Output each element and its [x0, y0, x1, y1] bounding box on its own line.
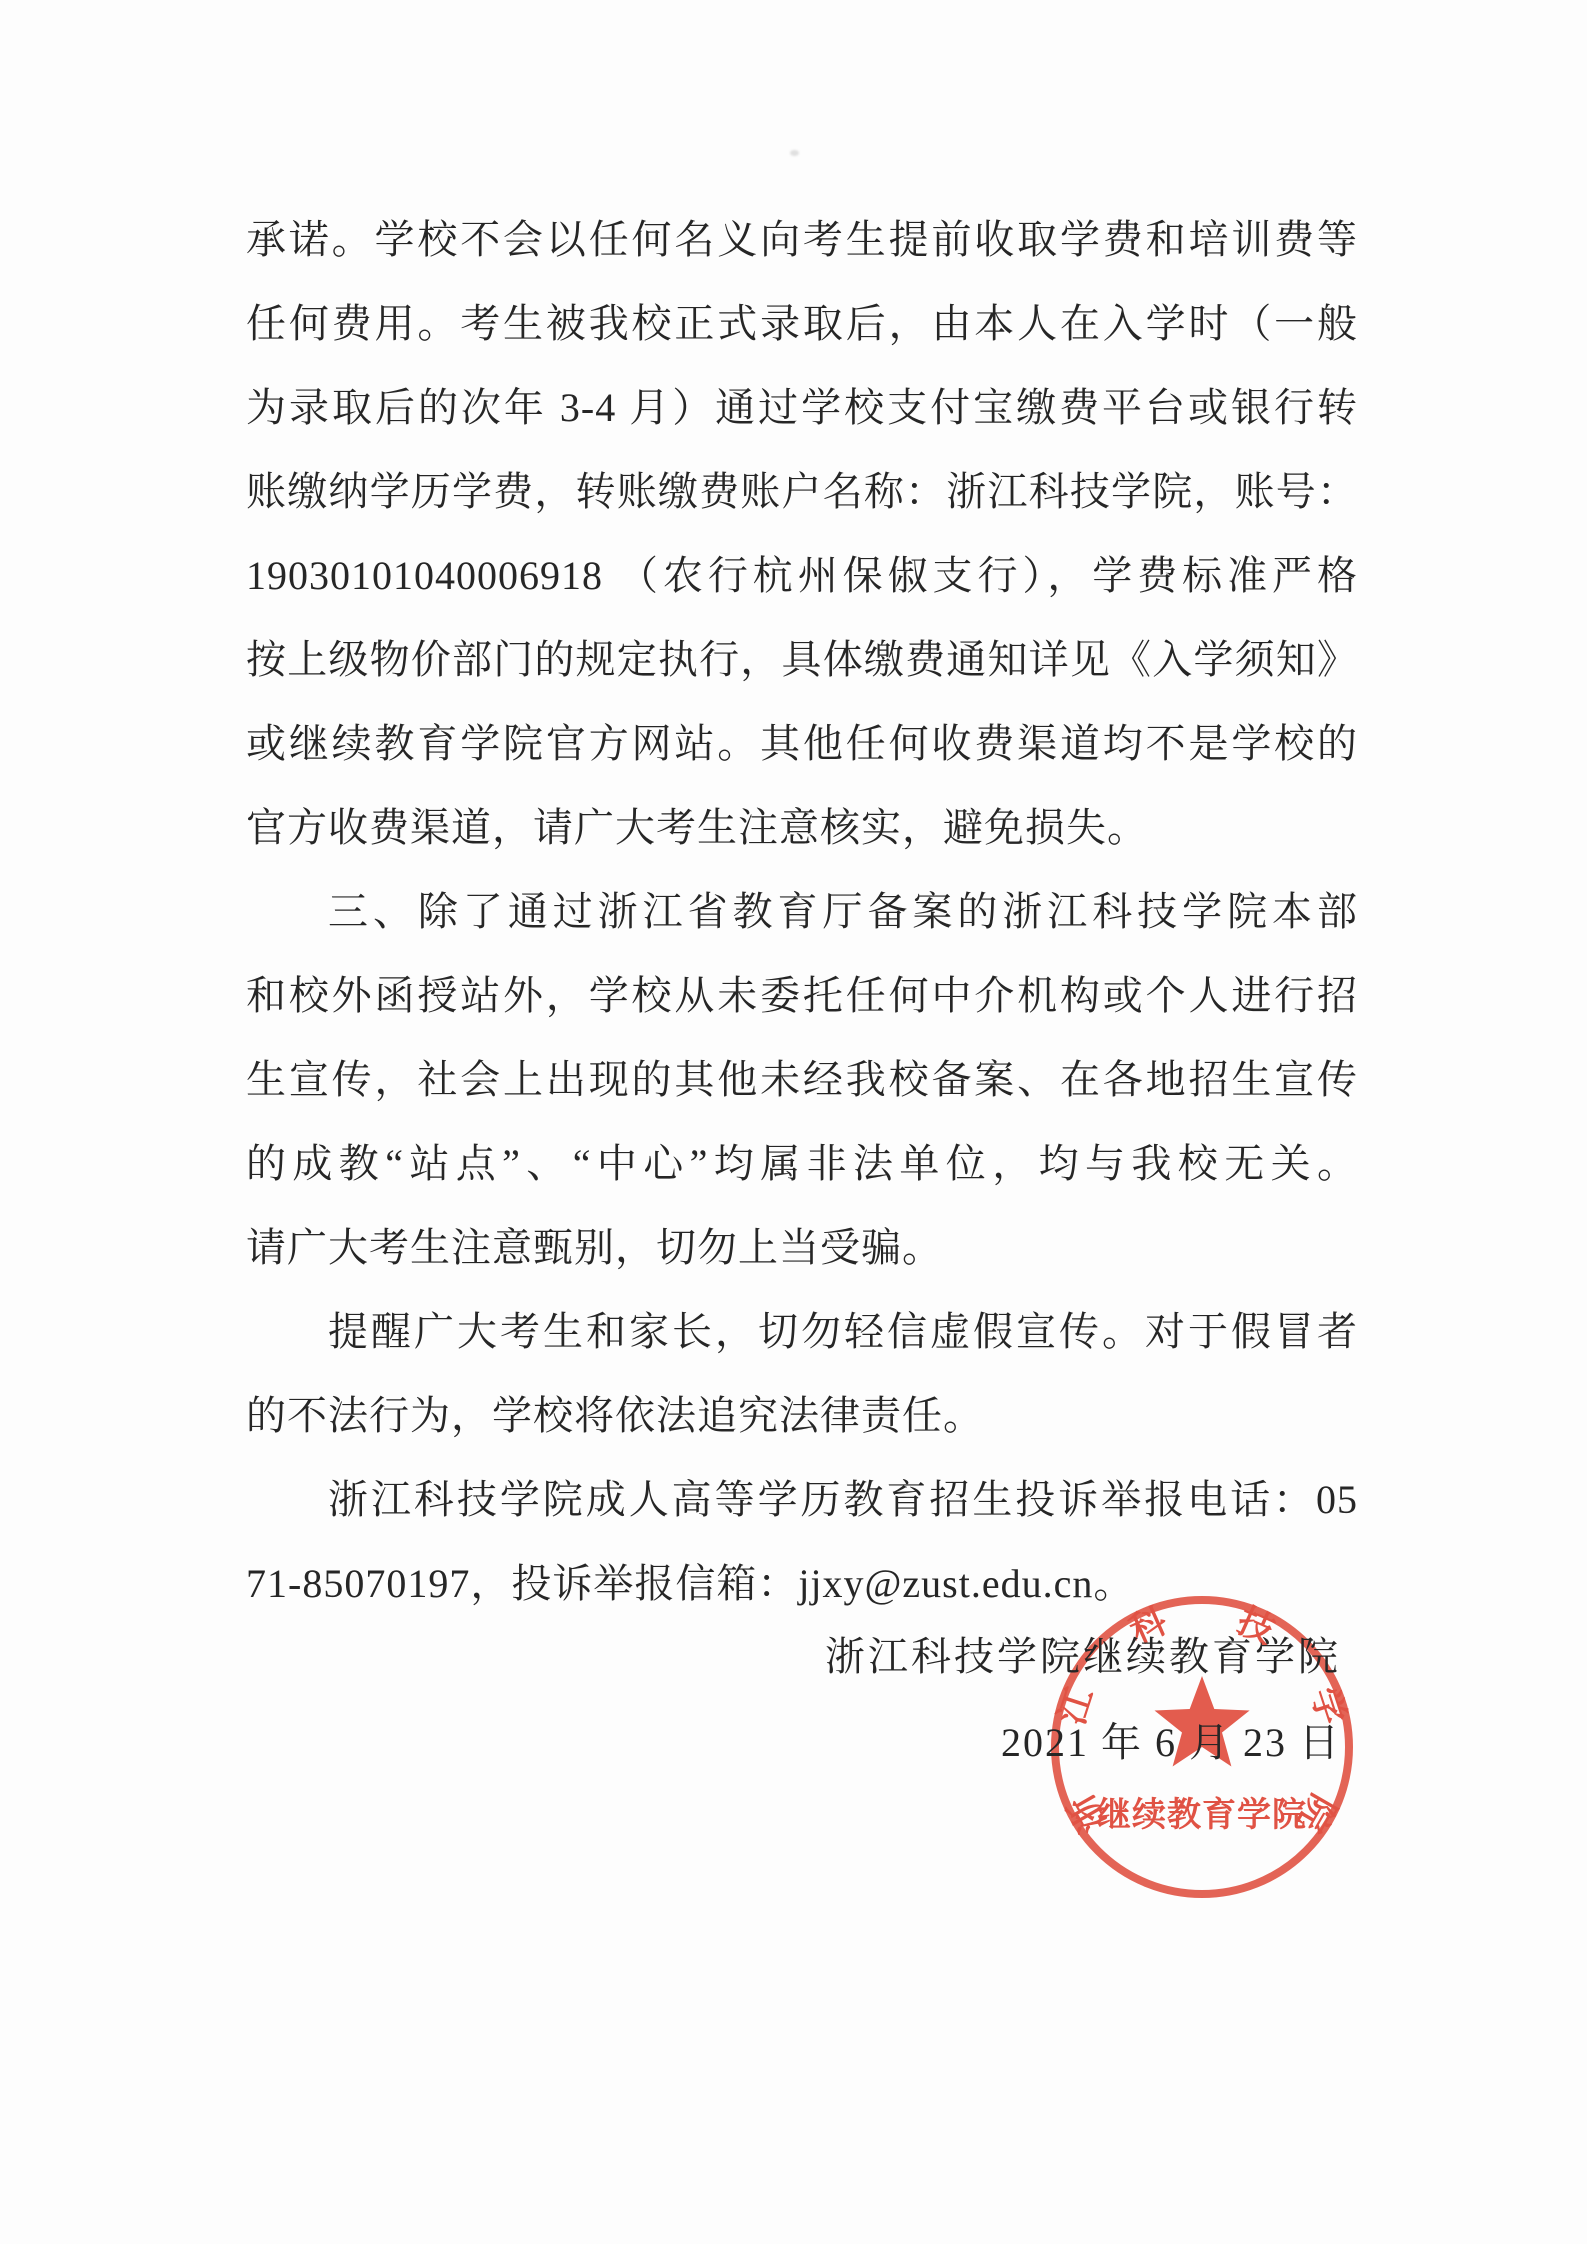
document-line: 官方收费渠道，请广大考生注意核实，避免损失。 [246, 786, 1358, 870]
document-line: 的不法行为，学校将依法追究法律责任。 [246, 1374, 1358, 1458]
document-line: 19030101040006918 （农行杭州保俶支行），学费标准严格 [246, 534, 1358, 618]
document-line: 请广大考生注意甄别，切勿上当受骗。 [246, 1206, 1358, 1290]
body-text: 承诺。学校不会以任何名义向考生提前收取学费和培训费等 任何费用。考生被我校正式录… [246, 198, 1358, 1626]
seal-bottom-text: 继续教育学院 [1097, 1795, 1307, 1834]
signature-date: 2021 年 6 月 23 日 [1001, 1721, 1341, 1765]
document-line: 浙江科技学院成人高等学历教育招生投诉举报电话：05 [246, 1458, 1358, 1542]
document-line: 生宣传，社会上出现的其他未经我校备案、在各地招生宣传 [246, 1038, 1358, 1122]
document-line: 为录取后的次年 3-4 月）通过学校支付宝缴费平台或银行转 [246, 366, 1358, 450]
document-line: 71-85070197，投诉举报信箱：jjxy@zust.edu.cn。 [246, 1542, 1358, 1626]
document-page: 浙 江 科 技 学 院 继续教育学院 承诺。学校不会以任何名义向考生提前收取学费… [0, 0, 1587, 2244]
document-line: 承诺。学校不会以任何名义向考生提前收取学费和培训费等 [246, 198, 1358, 282]
document-line: 的成教“站点”、“中心”均属非法单位，均与我校无关。 [246, 1122, 1358, 1206]
document-line: 和校外函授站外，学校从未委托任何中介机构或个人进行招 [246, 954, 1358, 1038]
document-line: 按上级物价部门的规定执行，具体缴费通知详见《入学须知》 [246, 618, 1358, 702]
document-line: 账缴纳学历学费，转账缴费账户名称：浙江科技学院，账号： [246, 450, 1358, 534]
document-line: 提醒广大考生和家长，切勿轻信虚假宣传。对于假冒者 [246, 1290, 1358, 1374]
document-line: 三、除了通过浙江省教育厅备案的浙江科技学院本部 [246, 870, 1358, 954]
scan-artifact-speck [790, 150, 799, 156]
signature-org: 浙江科技学院继续教育学院 [825, 1635, 1341, 1679]
document-line: 任何费用。考生被我校正式录取后，由本人在入学时（一般 [246, 282, 1358, 366]
document-line: 或继续教育学院官方网站。其他任何收费渠道均不是学校的 [246, 702, 1358, 786]
